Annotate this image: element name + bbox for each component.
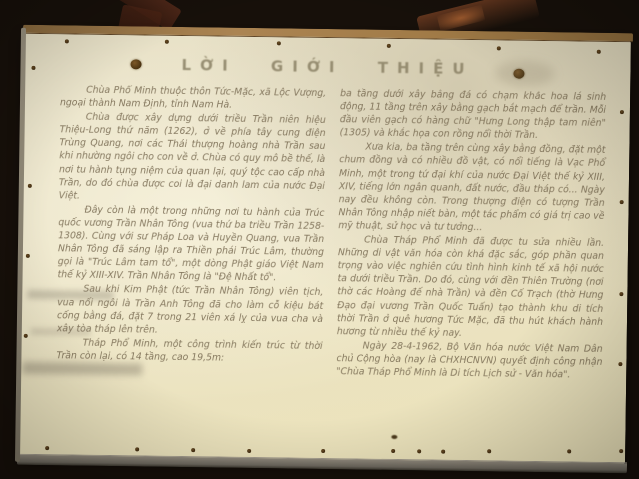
nail-icon [441,450,445,454]
nail-icon [417,449,421,453]
paragraph: Chùa Phổ Minh thuộc thôn Tức-Mặc, xã Lộc… [60,83,326,113]
text-column-right: ba tầng dưới xây bằng đá có chạm khắc ho… [336,87,606,383]
paragraph: Chùa Tháp Phổ Minh đã được tu sửa nhiều … [337,233,604,341]
nail-icon [191,448,195,452]
paragraph: ba tầng dưới xây bằng đá có chạm khắc ho… [340,87,607,143]
nail-icon [497,46,501,50]
stain-speck [391,435,397,439]
paragraph: Xưa kia, ba tầng trên cùng xây bằng đồng… [338,141,605,236]
title-bullet-right-icon [513,69,524,79]
nail-icon [487,449,491,453]
nail-icon [277,41,281,45]
paragraph: Ngày 28-4-1962, Bộ Văn hóa nước Việt Nam… [336,339,603,382]
nail-icon [567,449,571,453]
paragraph: Sau khi Kim Phật (tức Trần Nhân Tông) vi… [57,283,324,339]
text-column-left: Chùa Phổ Minh thuộc thôn Tức-Mặc, xã Lộc… [56,83,326,379]
nail-icon [620,110,624,114]
nail-icon [28,184,32,188]
nail-icon [24,334,28,338]
paragraph: Đây còn là một trong những nơi tu hành c… [58,203,325,285]
nail-icon [391,449,395,453]
nail-icon [247,449,251,453]
nail-icon [65,39,69,43]
nail-icon [135,447,139,451]
paragraph: Tháp Phổ Minh, một công trình kiến trúc … [56,336,322,366]
board-frame-top [23,25,633,43]
nail-icon [597,50,601,54]
nail-icon [165,40,169,44]
nail-icon [618,362,622,366]
board-frame-bottom [17,454,627,474]
nail-icon [45,446,49,450]
nail-icon [31,66,35,70]
photo-scene: { "colors": { "background": "#17100a", "… [0,0,639,479]
text-columns: Chùa Phổ Minh thuộc thôn Tức-Mặc, xã Lộc… [20,72,630,383]
nail-icon [321,449,325,453]
nail-icon [619,292,623,296]
nail-icon [26,254,30,258]
nail-icon [387,44,391,48]
paragraph: Chùa được xây dựng dưới triều Trần niên … [59,110,326,205]
information-board: LỜI GIỚI THIỆU Chùa Phổ Minh thuộc thôn … [19,32,631,464]
nail-icon [620,200,624,204]
title-bullet-left-icon [130,59,141,69]
nail-icon [619,449,623,453]
